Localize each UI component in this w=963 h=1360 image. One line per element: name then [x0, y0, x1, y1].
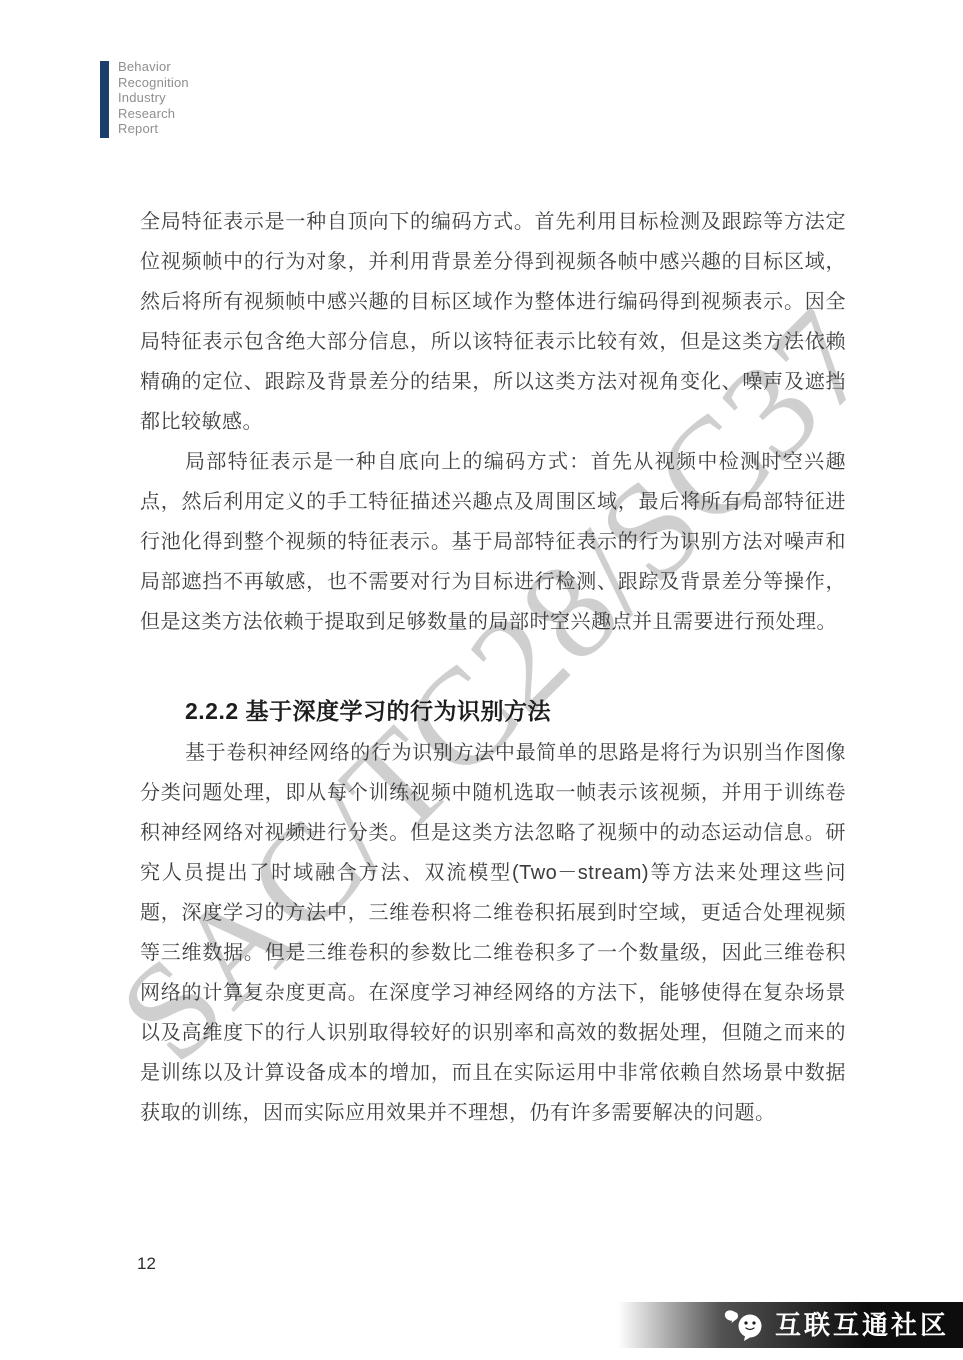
document-page: { "header": { "side_label_lines": ["Beha…	[0, 0, 963, 1360]
paragraph-deep-learning: 基于卷积神经网络的行为识别方法中最简单的思路是将行为识别当作图像分类问题处理，即…	[140, 733, 846, 1133]
page-number: 12	[137, 1254, 156, 1274]
report-title-line: Industry	[118, 90, 189, 106]
page-body: 全局特征表示是一种自顶向下的编码方式。首先利用目标检测及跟踪等方法定位视频帧中的…	[140, 202, 846, 1133]
brand-name: 互联互通社区	[775, 1308, 949, 1342]
section-heading-2-2-2: 2.2.2 基于深度学习的行为识别方法	[185, 693, 846, 729]
report-title-sidebar: Behavior Recognition Industry Research R…	[118, 59, 189, 137]
paragraph-local-feature: 局部特征表示是一种自底向上的编码方式：首先从视频中检测时空兴趣点，然后利用定义的…	[140, 442, 846, 642]
brand-footer-band: 互联互通社区	[618, 1302, 963, 1348]
report-title-line: Research	[118, 106, 189, 122]
paragraph-global-feature: 全局特征表示是一种自顶向下的编码方式。首先利用目标检测及跟踪等方法定位视频帧中的…	[140, 202, 846, 442]
report-title-line: Behavior	[118, 59, 189, 75]
report-title-line: Recognition	[118, 75, 189, 91]
report-title-line: Report	[118, 121, 189, 137]
chat-bubble-face-icon	[723, 1308, 767, 1342]
header-accent-bar	[100, 61, 109, 138]
